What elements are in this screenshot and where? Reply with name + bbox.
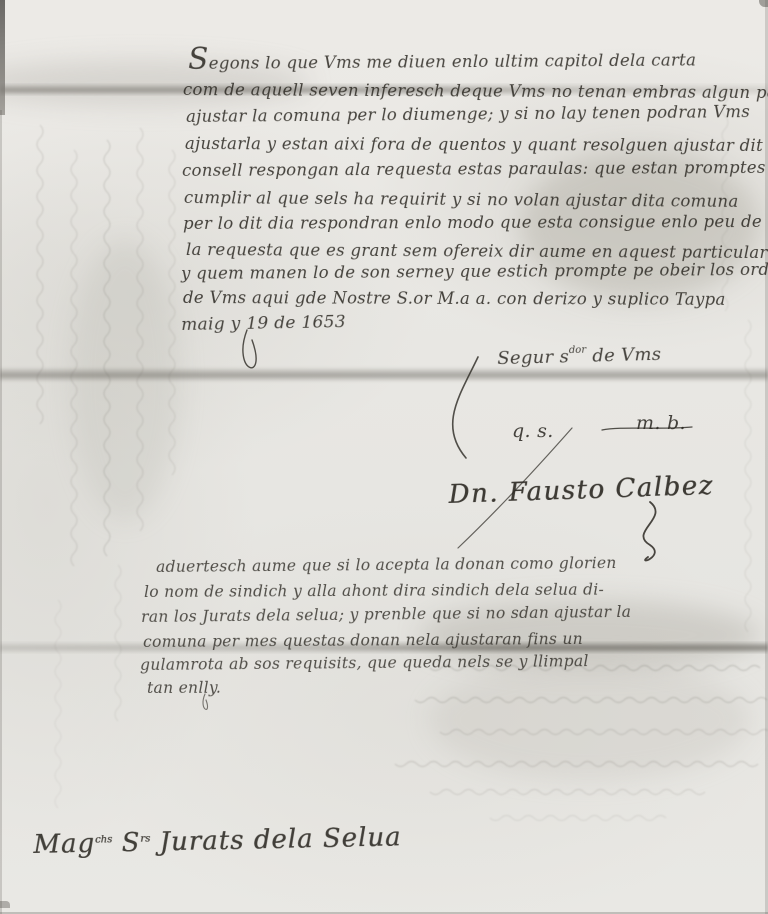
closing-abbreviation: m. b. <box>636 412 686 434</box>
letter-line: de Vms aqui gde Nostre S.or M.a a. con d… <box>183 288 726 309</box>
fold-crease-middle <box>0 367 768 382</box>
postscript-line: gulamrota ab sos requisits, que queda ne… <box>140 652 589 674</box>
address-title: S <box>121 828 140 858</box>
flourish-s-tail <box>453 357 478 458</box>
signature-rubric <box>643 502 655 560</box>
scan-edge-left <box>0 0 5 115</box>
postscript-line: lo nom de sindich y alla ahont dira sind… <box>144 581 604 601</box>
postscript-line: comuna per mes questas donan nela ajusta… <box>143 630 583 651</box>
postscript-line: aduertesch aume que si lo acepta la dona… <box>156 554 617 576</box>
corner-mark-top-right <box>759 0 768 7</box>
scan-edge-left-faint <box>0 110 2 914</box>
letter-line: la requesta que es grant sem ofereix dir… <box>186 240 768 262</box>
letter-line: ajustar la comuna per lo diumenge; y si … <box>186 102 750 126</box>
letter-line: Segons lo que Vms me diuen enlo ultim ca… <box>188 44 696 73</box>
paper-stain <box>70 240 180 520</box>
date-descender-loop <box>243 330 256 368</box>
date-line: maig y 19 de 1653 <box>181 312 346 335</box>
corner-mark-bottom-left <box>0 901 10 908</box>
address-honorific: Mag <box>33 829 95 860</box>
paper-stain <box>430 660 750 780</box>
address-superscript: rs <box>140 834 150 845</box>
closing-salute: Segur s <box>497 346 569 369</box>
letter-line: com de aquell seven inferesch deque Vms … <box>183 80 768 102</box>
address-recipients: Jurats dela Selua <box>159 822 402 857</box>
letter-line: ajustarla y estan aixi fora de quentos y… <box>185 134 763 155</box>
address-superscript: chs <box>95 834 112 845</box>
letter-line: per lo dit dia respondran enlo modo que … <box>183 212 762 233</box>
signature: Dn. Fausto Calbez <box>448 471 714 510</box>
closing-recipient: de Vms <box>592 344 662 367</box>
letter-line: cumplir al que sels ha requirit y si no … <box>184 188 739 211</box>
letter-line: consell respongan ala requesta estas par… <box>182 158 768 180</box>
scanned-manuscript-letter: Segons lo que Vms me diuen enlo ultim ca… <box>0 0 768 914</box>
postscript-line: tan enlly. <box>147 679 221 697</box>
closing-abbreviation: q. s. <box>512 420 554 442</box>
postscript-line: ran los Jurats dela selua; y prenble que… <box>141 603 631 626</box>
closing-superscript: dor <box>569 345 586 356</box>
letter-line: y quem manen lo de son serney que estich… <box>181 260 768 283</box>
closing-line: Segur sdor de Vms <box>497 343 662 369</box>
address-line: Magchs Srs Jurats dela Selua <box>33 822 402 860</box>
